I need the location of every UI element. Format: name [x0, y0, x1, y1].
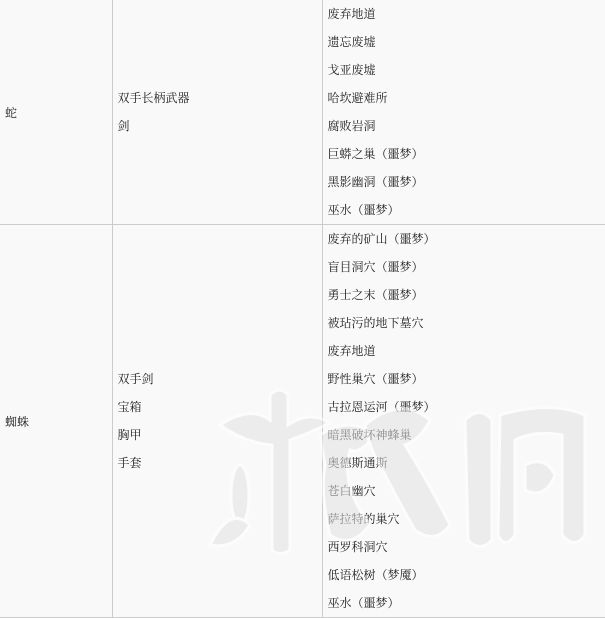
location-item: 被玷污的地下墓穴 [328, 309, 605, 337]
location-item: 苍白幽穴 [328, 477, 605, 505]
creature-name: 蛇 [5, 106, 17, 120]
location-item: 废弃的矿山（噩梦） [328, 225, 605, 253]
location-item: 腐败岩洞 [328, 112, 605, 140]
location-item: 哈坎避难所 [328, 84, 605, 112]
creature-cell: 蜘蛛 [0, 225, 112, 618]
drop-item: 剑 [118, 112, 322, 140]
location-item: 低语松树（梦魇） [328, 561, 605, 589]
drop-item: 双手剑 [118, 365, 322, 393]
locations-cell: 废弃的矿山（噩梦） 盲目洞穴（噩梦） 勇士之末（噩梦） 被玷污的地下墓穴 废弃地… [322, 225, 605, 618]
table-row-snake: 蛇 双手长柄武器 剑 废弃地道 遗忘废墟 戈亚废墟 哈坎避难所 腐败岩洞 巨蟒之… [0, 0, 605, 225]
location-item: 巫水（噩梦） [328, 589, 605, 617]
location-item: 萨拉特的巢穴 [328, 505, 605, 533]
location-item: 野性巢穴（噩梦） [328, 365, 605, 393]
table-row-spider: 蜘蛛 双手剑 宝箱 胸甲 手套 废弃的矿山（噩梦） 盲目洞穴（噩梦） 勇士之末（… [0, 225, 605, 618]
drop-item: 宝箱 [118, 393, 322, 421]
location-item: 奥德斯通斯 [328, 449, 605, 477]
drop-item: 双手长柄武器 [118, 84, 322, 112]
creature-name: 蜘蛛 [5, 415, 29, 429]
location-item: 盲目洞穴（噩梦） [328, 253, 605, 281]
drop-table: 蛇 双手长柄武器 剑 废弃地道 遗忘废墟 戈亚废墟 哈坎避难所 腐败岩洞 巨蟒之… [0, 0, 605, 618]
locations-cell: 废弃地道 遗忘废墟 戈亚废墟 哈坎避难所 腐败岩洞 巨蟒之巢（噩梦） 黑影幽洞（… [322, 0, 605, 225]
location-item: 古拉恩运河（噩梦） [328, 393, 605, 421]
location-item: 黑影幽洞（噩梦） [328, 168, 605, 196]
location-item: 戈亚废墟 [328, 56, 605, 84]
location-item: 废弃地道 [328, 337, 605, 365]
location-item: 勇士之末（噩梦） [328, 281, 605, 309]
location-item: 废弃地道 [328, 0, 605, 28]
location-item: 遗忘废墟 [328, 28, 605, 56]
location-item: 西罗科洞穴 [328, 533, 605, 561]
location-item: 巫水（噩梦） [328, 196, 605, 224]
location-item: 巨蟒之巢（噩梦） [328, 140, 605, 168]
location-item: 暗黑破坏神蜂巢 [328, 421, 605, 449]
drop-item: 胸甲 [118, 421, 322, 449]
drops-cell: 双手长柄武器 剑 [112, 0, 322, 225]
drops-cell: 双手剑 宝箱 胸甲 手套 [112, 225, 322, 618]
drop-item: 手套 [118, 449, 322, 477]
creature-cell: 蛇 [0, 0, 112, 225]
